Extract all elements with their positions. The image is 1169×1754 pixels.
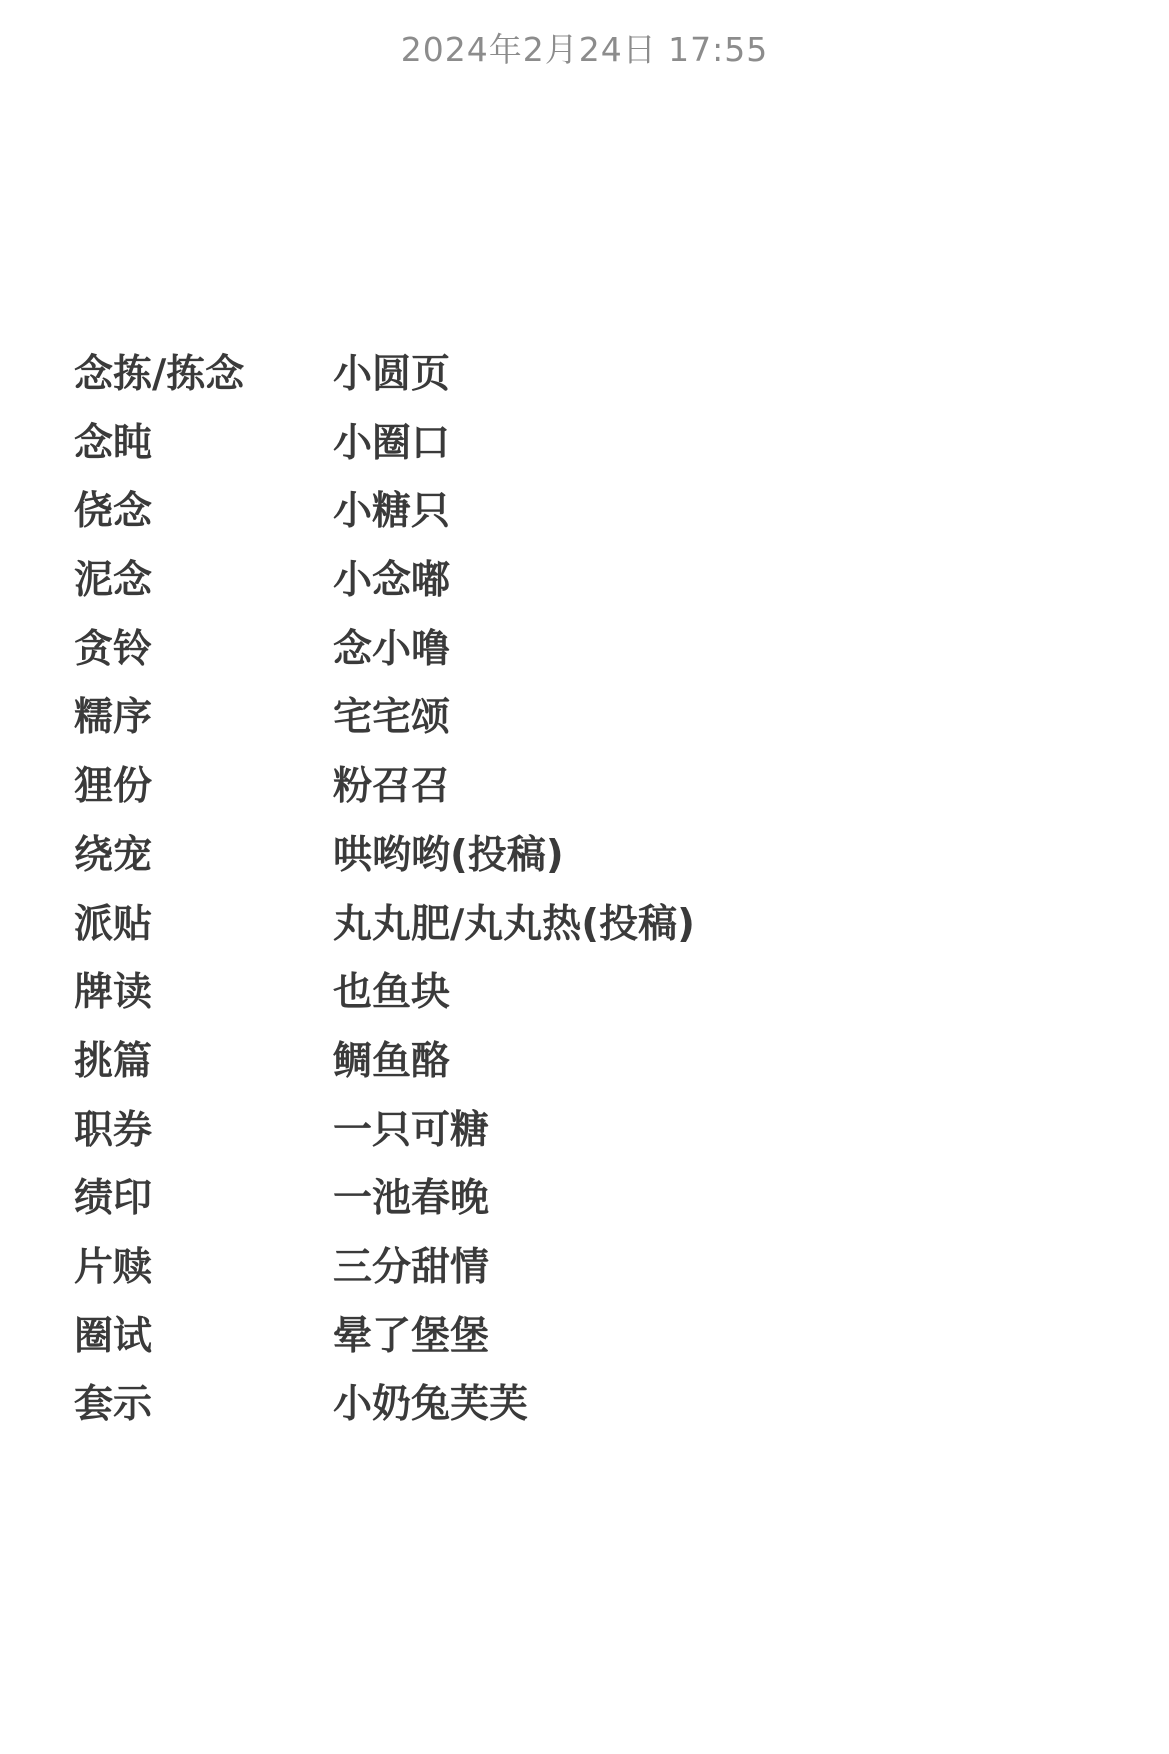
list-item-right: 鲷鱼酪 (333, 1028, 1114, 1097)
list-item-left: 片赎 (74, 1234, 333, 1303)
list-item-left: 狸份 (74, 753, 333, 822)
list-item: 套示 小奶兔芙芙 (74, 1371, 1114, 1440)
list-item-left: 绕宠 (74, 822, 333, 891)
list-item: 绩印 一池春晚 (74, 1165, 1114, 1234)
list-item-right: 也鱼块 (333, 959, 1114, 1028)
list-item-left: 派贴 (74, 891, 333, 960)
list-item-left: 糯序 (74, 684, 333, 753)
list-item-right: 小奶兔芙芙 (333, 1371, 1114, 1440)
list-item-right: 宅宅颂 (333, 684, 1114, 753)
list-item: 片赎 三分甜情 (74, 1234, 1114, 1303)
list-item: 派贴 丸丸肥/丸丸热(投稿) (74, 891, 1114, 960)
list-item: 念拣/拣念 小圆页 (74, 341, 1114, 410)
list-item: 牌读 也鱼块 (74, 959, 1114, 1028)
list-item-right: 丸丸肥/丸丸热(投稿) (333, 891, 1114, 960)
list-item: 念盹 小圈口 (74, 410, 1114, 479)
list-item: 贪铃 念小噜 (74, 616, 1114, 685)
list-item-right: 小糖只 (333, 478, 1114, 547)
list-item-right: 一池春晚 (333, 1165, 1114, 1234)
list-item-right: 粉召召 (333, 753, 1114, 822)
list-item-left: 念拣/拣念 (74, 341, 333, 410)
list-item-left: 挑篇 (74, 1028, 333, 1097)
list-item-right: 念小噜 (333, 616, 1114, 685)
list-item-left: 职券 (74, 1097, 333, 1166)
list-item: 圈试 晕了堡堡 (74, 1303, 1114, 1372)
list-item-left: 牌读 (74, 959, 333, 1028)
list-item-right: 哄哟哟(投稿) (333, 822, 1114, 891)
list-item: 狸份 粉召召 (74, 753, 1114, 822)
list-item-left: 贪铃 (74, 616, 333, 685)
list-item-left: 圈试 (74, 1303, 333, 1372)
list-item-left: 绩印 (74, 1165, 333, 1234)
list-item-left: 套示 (74, 1371, 333, 1440)
note-body[interactable]: 念拣/拣念 小圆页 念盹 小圈口 侥念 小糖只 泥念 小念嘟 贪铃 念小噜 糯序… (74, 341, 1114, 1440)
list-item-right: 三分甜情 (333, 1234, 1114, 1303)
note-timestamp: 2024年2月24日 17:55 (0, 26, 1169, 74)
list-item-right: 小圈口 (333, 410, 1114, 479)
list-item-left: 泥念 (74, 547, 333, 616)
list-item-left: 侥念 (74, 478, 333, 547)
list-item-right: 晕了堡堡 (333, 1303, 1114, 1372)
list-item-right: 小圆页 (333, 341, 1114, 410)
list-item: 糯序 宅宅颂 (74, 684, 1114, 753)
list-item: 侥念 小糖只 (74, 478, 1114, 547)
list-item: 职券 一只可糖 (74, 1097, 1114, 1166)
list-item-right: 一只可糖 (333, 1097, 1114, 1166)
list-item: 泥念 小念嘟 (74, 547, 1114, 616)
list-item-right: 小念嘟 (333, 547, 1114, 616)
list-item: 挑篇 鲷鱼酪 (74, 1028, 1114, 1097)
list-item-left: 念盹 (74, 410, 333, 479)
list-item: 绕宠 哄哟哟(投稿) (74, 822, 1114, 891)
